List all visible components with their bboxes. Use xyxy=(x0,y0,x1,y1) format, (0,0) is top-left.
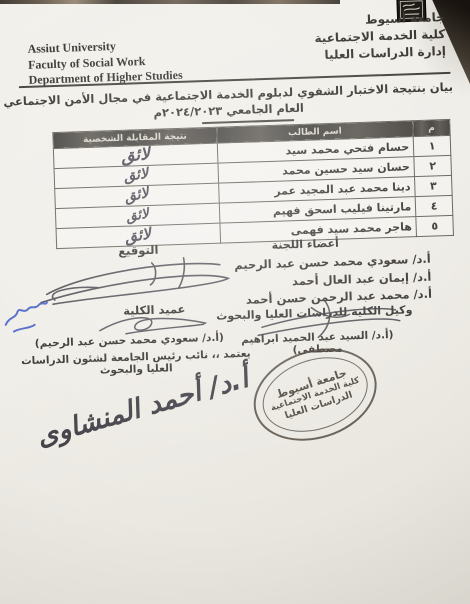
stamp-inner-ring: جامعة أسيوط كلية الخدمة الاجتماعية الدرا… xyxy=(253,345,377,445)
committee-heading: أعضاء اللجنة xyxy=(250,236,360,253)
row-index: ٢ xyxy=(414,155,451,176)
document-content: جامعة أسيوط كلية الخدمة الاجتماعية إدارة… xyxy=(0,0,470,604)
handwritten-result: لائق xyxy=(125,207,150,224)
handwritten-result: لائق xyxy=(123,186,150,205)
handwritten-result: لائق xyxy=(123,167,149,184)
row-index: ٤ xyxy=(415,195,452,216)
handwritten-result: لائق xyxy=(121,146,151,165)
header-arabic-line: إدارة الدراسات العليا xyxy=(315,43,446,64)
dean-name: (أ.د/ سعودي محمد حسن عبد الرحيم) xyxy=(29,331,229,350)
blue-ink-mark xyxy=(1,293,55,345)
results-table: م اسم الطالب نتيجة المقابلة الشخصية ١ حس… xyxy=(52,119,454,249)
header-arabic: جامعة أسيوط كلية الخدمة الاجتماعية إدارة… xyxy=(314,9,446,64)
title-underline xyxy=(202,119,294,124)
col-header-index: م xyxy=(413,119,450,136)
row-index: ٣ xyxy=(415,175,452,196)
row-index: ٥ xyxy=(416,215,453,236)
scanned-document-page: جامعة أسيوط كلية الخدمة الاجتماعية إدارة… xyxy=(0,0,470,604)
row-index: ١ xyxy=(413,135,450,156)
